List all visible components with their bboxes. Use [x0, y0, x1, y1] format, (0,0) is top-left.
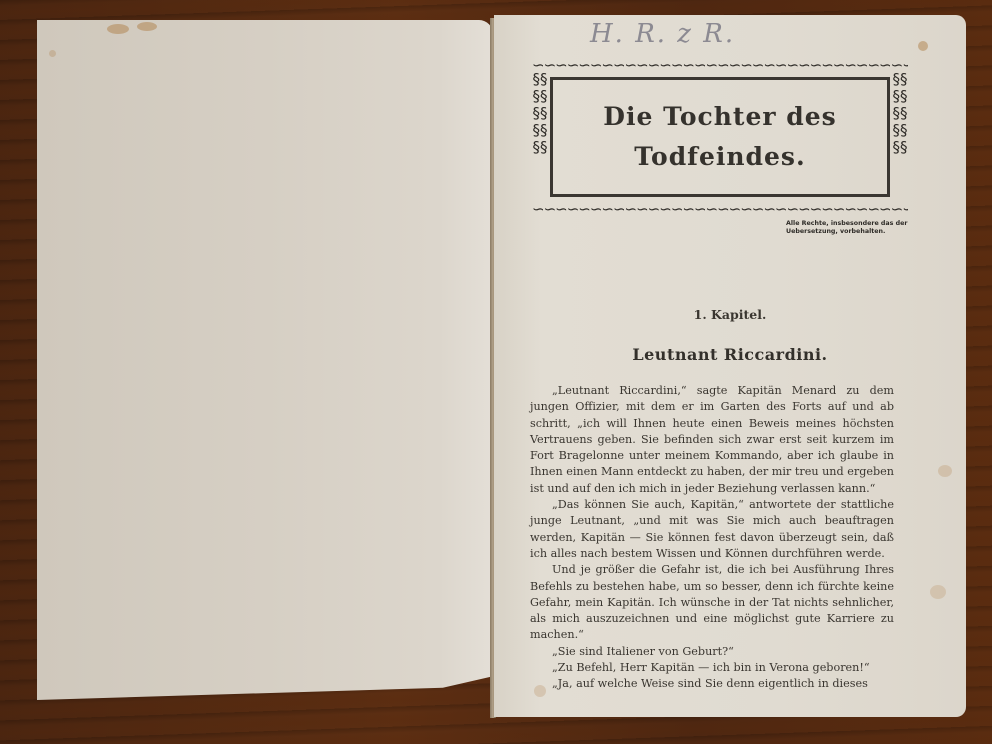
paragraph: „Leutnant Riccardini,“ sagte Kapitän Men… — [530, 383, 894, 497]
title-box: Die Tochter des Todfeindes. — [550, 77, 890, 197]
stain — [107, 24, 129, 34]
title-line-2: Todfeindes. — [553, 142, 887, 171]
paragraph: Und je größer die Gefahr ist, die ich be… — [530, 562, 894, 643]
body-text: „Leutnant Riccardini,“ sagte Kapitän Men… — [530, 383, 894, 693]
paragraph: „Ja, auf welche Weise sind Sie denn eige… — [530, 676, 894, 692]
stain — [938, 465, 952, 477]
ornament-top: ∽∽∽∽∽∽∽∽∽∽∽∽∽∽∽∽∽∽∽∽∽∽∽∽∽∽∽∽∽∽∽∽∽∽∽∽∽∽∽∽ — [532, 57, 908, 73]
stain — [49, 50, 56, 57]
stain — [918, 41, 928, 51]
paragraph: „Zu Befehl, Herr Kapitän — ich bin in Ve… — [530, 660, 894, 676]
chapter-title: Leutnant Riccardini. — [494, 345, 966, 364]
rights-notice: Alle Rechte, insbesondere das der Uebers… — [786, 220, 916, 236]
stain — [930, 585, 946, 599]
ornament-bottom: ∽∽∽∽∽∽∽∽∽∽∽∽∽∽∽∽∽∽∽∽∽∽∽∽∽∽∽∽∽∽∽∽∽∽∽∽∽∽∽∽ — [532, 201, 908, 217]
stain — [137, 22, 157, 31]
left-page-blank — [37, 20, 493, 700]
title-line-1: Die Tochter des — [553, 102, 887, 131]
paragraph: „Sie sind Italiener von Geburt?“ — [530, 644, 894, 660]
handwritten-note: H. R. z R. — [590, 19, 735, 49]
right-page: H. R. z R. ∽∽∽∽∽∽∽∽∽∽∽∽∽∽∽∽∽∽∽∽∽∽∽∽∽∽∽∽∽… — [494, 15, 966, 717]
paragraph: „Das können Sie auch, Kapitän,“ antworte… — [530, 497, 894, 562]
chapter-label: 1. Kapitel. — [494, 307, 966, 322]
ornament-left: §§§§§§§§§§ — [532, 71, 548, 203]
title-ornamental-frame: ∽∽∽∽∽∽∽∽∽∽∽∽∽∽∽∽∽∽∽∽∽∽∽∽∽∽∽∽∽∽∽∽∽∽∽∽∽∽∽∽… — [532, 57, 908, 217]
ornament-right: §§§§§§§§§§ — [892, 71, 908, 203]
